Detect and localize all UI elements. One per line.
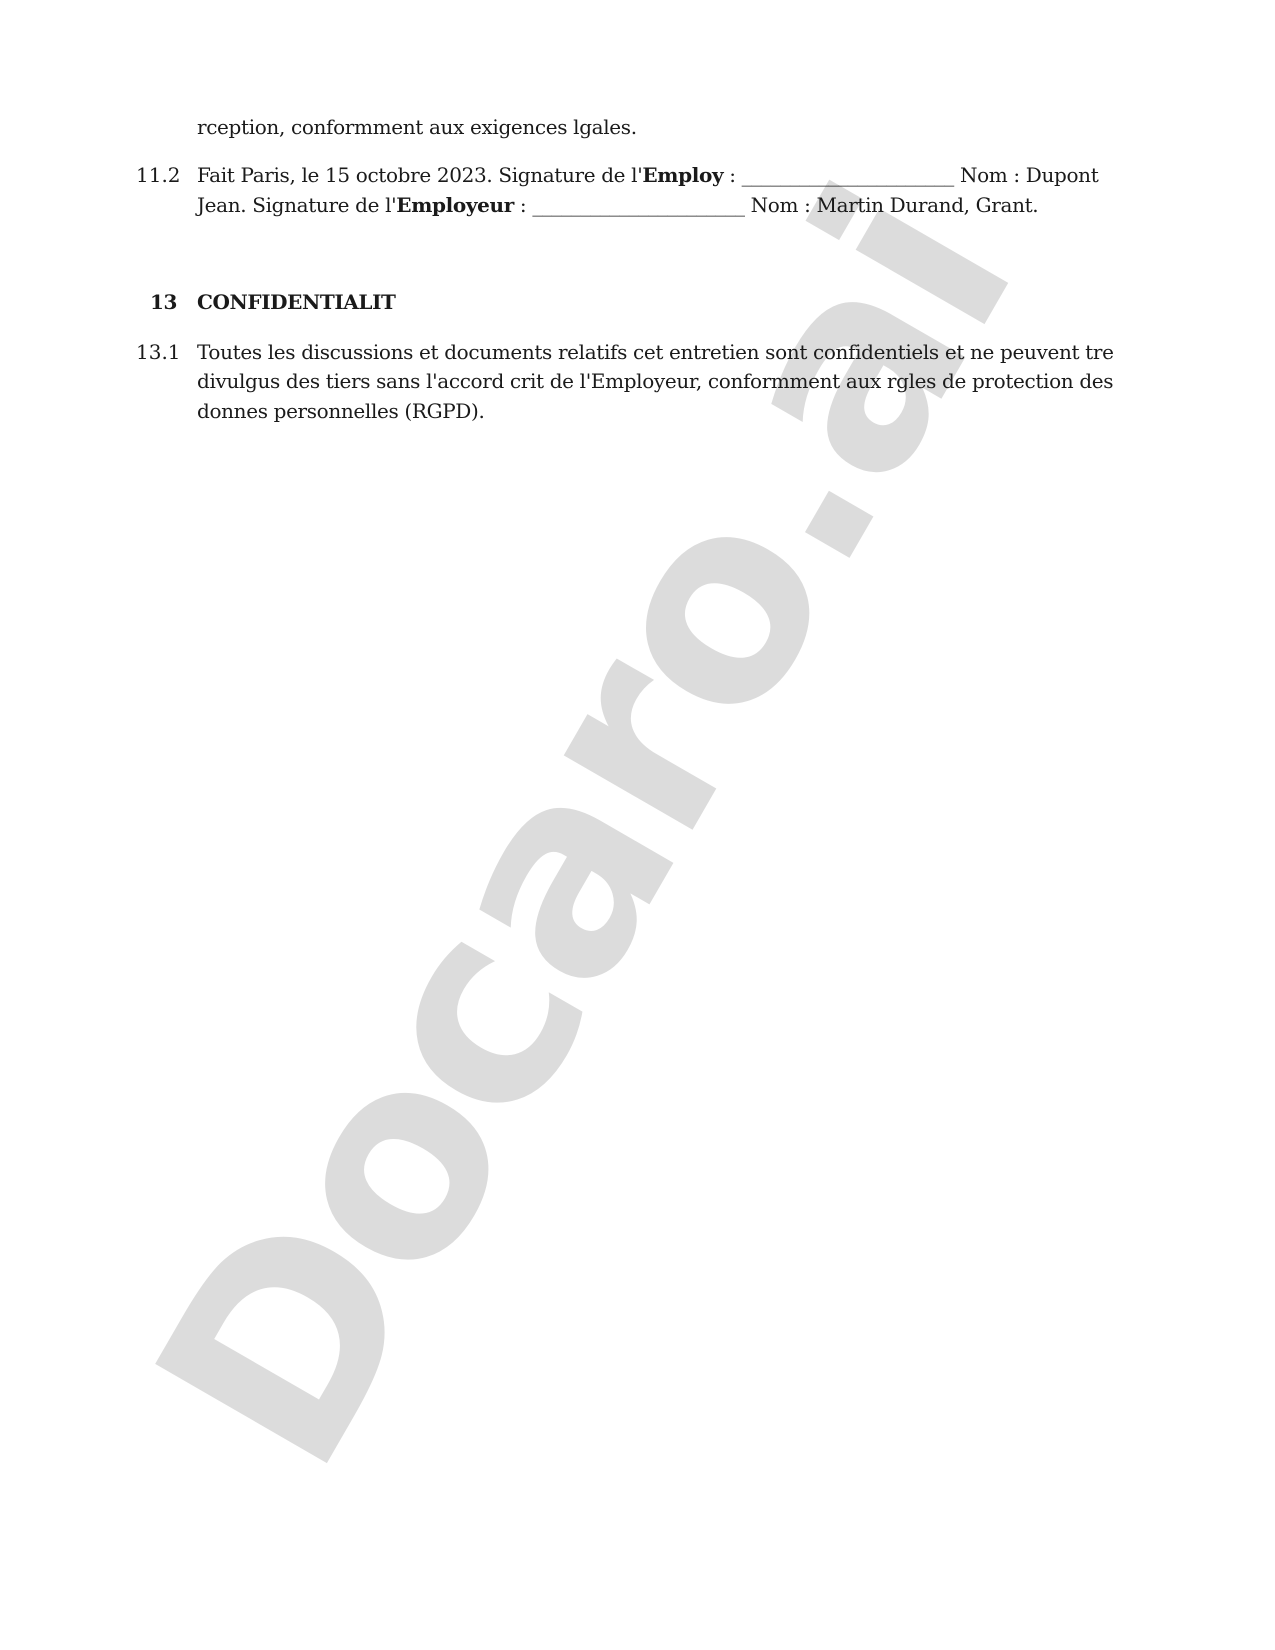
employer-name: Nom : Martin Durand, Grant. bbox=[745, 193, 1039, 217]
clause-number: 11.2 bbox=[136, 165, 181, 185]
section-number: 13 bbox=[150, 292, 177, 312]
employee-name: Nom : Dupont bbox=[954, 163, 1098, 187]
clause-text: Fait Paris, le 15 octobre 2023. Signatur… bbox=[197, 163, 642, 187]
clause-13-1-line-2: divulgus des tiers sans l'accord crit de… bbox=[197, 371, 1113, 391]
clause-11-2-line-1: Fait Paris, le 15 octobre 2023. Signatur… bbox=[197, 165, 1098, 185]
separator: : bbox=[514, 193, 532, 217]
clause-13-1-line-1: Toutes les discussions et documents rela… bbox=[197, 342, 1114, 362]
clause-13-1-line-3: donnes personnelles (RGPD). bbox=[197, 401, 484, 421]
employee-label: Employ bbox=[642, 163, 723, 187]
clause-11-2-line-2: Jean. Signature de l'Employeur : _______… bbox=[197, 195, 1038, 215]
employer-label: Employeur bbox=[396, 193, 514, 217]
clause-number: 13.1 bbox=[136, 342, 181, 362]
employee-signature-blank: ______________________ bbox=[742, 163, 954, 187]
employer-signature-blank: ______________________ bbox=[532, 193, 744, 217]
separator: : bbox=[723, 163, 741, 187]
clause-text: Jean. Signature de l' bbox=[197, 193, 396, 217]
continuation-text: rception, conformment aux exigences lgal… bbox=[197, 117, 637, 137]
section-title: CONFIDENTIALIT bbox=[197, 292, 396, 312]
document-page: rception, conformment aux exigences lgal… bbox=[0, 0, 1275, 1650]
